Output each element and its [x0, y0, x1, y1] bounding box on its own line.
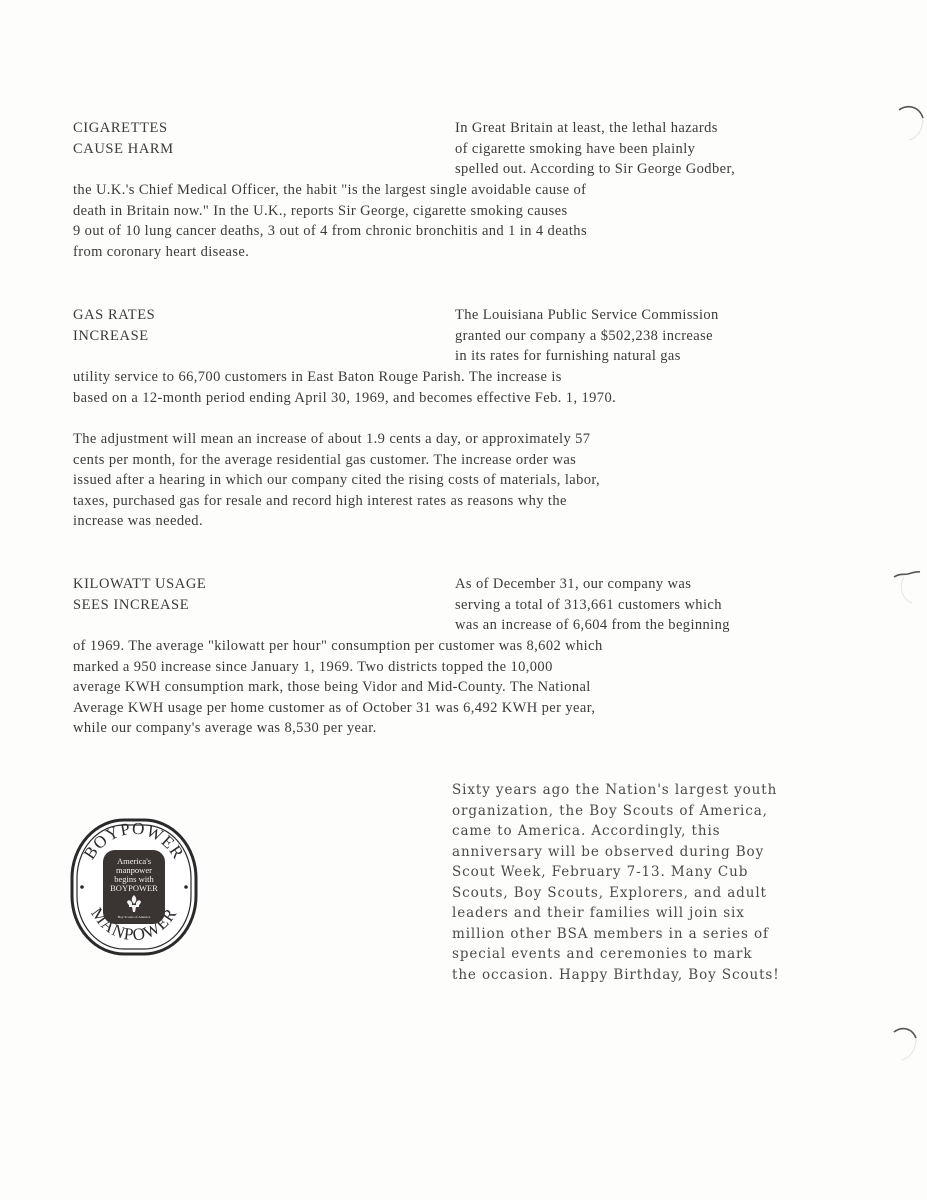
lead-gas-rates: The Louisiana Public Service Commission … [455, 305, 719, 367]
text-line: increase was needed. [73, 511, 600, 532]
binder-hole-icon [888, 1022, 922, 1066]
text-line: organization, the Boy Scouts of America, [452, 801, 780, 822]
text-line: the occasion. Happy Birthday, Boy Scouts… [452, 965, 780, 986]
text-line: 9 out of 10 lung cancer deaths, 3 out of… [73, 221, 587, 242]
document-page: CIGARETTES CAUSE HARM In Great Britain a… [0, 0, 927, 1200]
boypower-manpower-logo: BOYPOWER MANPOWER America's manpower beg… [70, 818, 198, 956]
text-line: the U.K.'s Chief Medical Officer, the ha… [73, 180, 587, 201]
text-line: of 1969. The average "kilowatt per hour"… [73, 636, 603, 657]
headline-line: GAS RATES [73, 305, 155, 326]
text-line: based on a 12-month period ending April … [73, 388, 616, 409]
headline-gas-rates: GAS RATES INCREASE [73, 305, 155, 346]
text-line: In Great Britain at least, the lethal ha… [455, 118, 735, 139]
text-line: Average KWH usage per home customer as o… [73, 698, 603, 719]
text-line: granted our company a $502,238 increase [455, 326, 719, 347]
text-line: in its rates for furnishing natural gas [455, 346, 719, 367]
text-line: taxes, purchased gas for resale and reco… [73, 491, 600, 512]
text-line: million other BSA members in a series of [452, 924, 780, 945]
body-gas-rates-paragraph-2: The adjustment will mean an increase of … [73, 429, 600, 532]
text-line: Scout Week, February 7-13. Many Cub [452, 862, 780, 883]
text-line: average KWH consumption mark, those bein… [73, 677, 603, 698]
svg-text:Boy Scouts of America: Boy Scouts of America [118, 915, 151, 919]
boy-scouts-paragraph: Sixty years ago the Nation's largest you… [452, 780, 780, 985]
binder-hole-icon [890, 565, 924, 609]
text-line: came to America. Accordingly, this [452, 821, 780, 842]
headline-line: CAUSE HARM [73, 139, 174, 160]
text-line: serving a total of 313,661 customers whi… [455, 595, 730, 616]
body-gas-rates: utility service to 66,700 customers in E… [73, 367, 616, 408]
text-line: leaders and their families will join six [452, 903, 780, 924]
text-line: The adjustment will mean an increase of … [73, 429, 600, 450]
body-kilowatt: of 1969. The average "kilowatt per hour"… [73, 636, 603, 739]
text-line: special events and ceremonies to mark [452, 944, 780, 965]
text-line: Scouts, Boy Scouts, Explorers, and adult [452, 883, 780, 904]
text-line: Sixty years ago the Nation's largest you… [452, 780, 780, 801]
headline-line: SEES INCREASE [73, 595, 206, 616]
text-line: The Louisiana Public Service Commission [455, 305, 719, 326]
headline-kilowatt: KILOWATT USAGE SEES INCREASE [73, 574, 206, 615]
text-line: spelled out. According to Sir George God… [455, 159, 735, 180]
lead-kilowatt: As of December 31, our company was servi… [455, 574, 730, 636]
text-line: utility service to 66,700 customers in E… [73, 367, 616, 388]
text-line: As of December 31, our company was [455, 574, 730, 595]
text-line: issued after a hearing in which our comp… [73, 470, 600, 491]
svg-text:BOYPOWER: BOYPOWER [110, 883, 158, 893]
text-line: anniversary will be observed during Boy [452, 842, 780, 863]
text-line: from coronary heart disease. [73, 242, 587, 263]
text-line: death in Britain now." In the U.K., repo… [73, 201, 587, 222]
headline-cigarettes: CIGARETTES CAUSE HARM [73, 118, 174, 159]
text-line: cents per month, for the average residen… [73, 450, 600, 471]
lead-cigarettes: In Great Britain at least, the lethal ha… [455, 118, 735, 180]
text-line: of cigarette smoking have been plainly [455, 139, 735, 160]
headline-line: INCREASE [73, 326, 155, 347]
binder-hole-icon [893, 100, 927, 144]
text-line: marked a 950 increase since January 1, 1… [73, 657, 603, 678]
headline-line: CIGARETTES [73, 118, 174, 139]
headline-line: KILOWATT USAGE [73, 574, 206, 595]
text-line: was an increase of 6,604 from the beginn… [455, 615, 730, 636]
body-cigarettes: the U.K.'s Chief Medical Officer, the ha… [73, 180, 587, 262]
text-line: while our company's average was 8,530 pe… [73, 718, 603, 739]
